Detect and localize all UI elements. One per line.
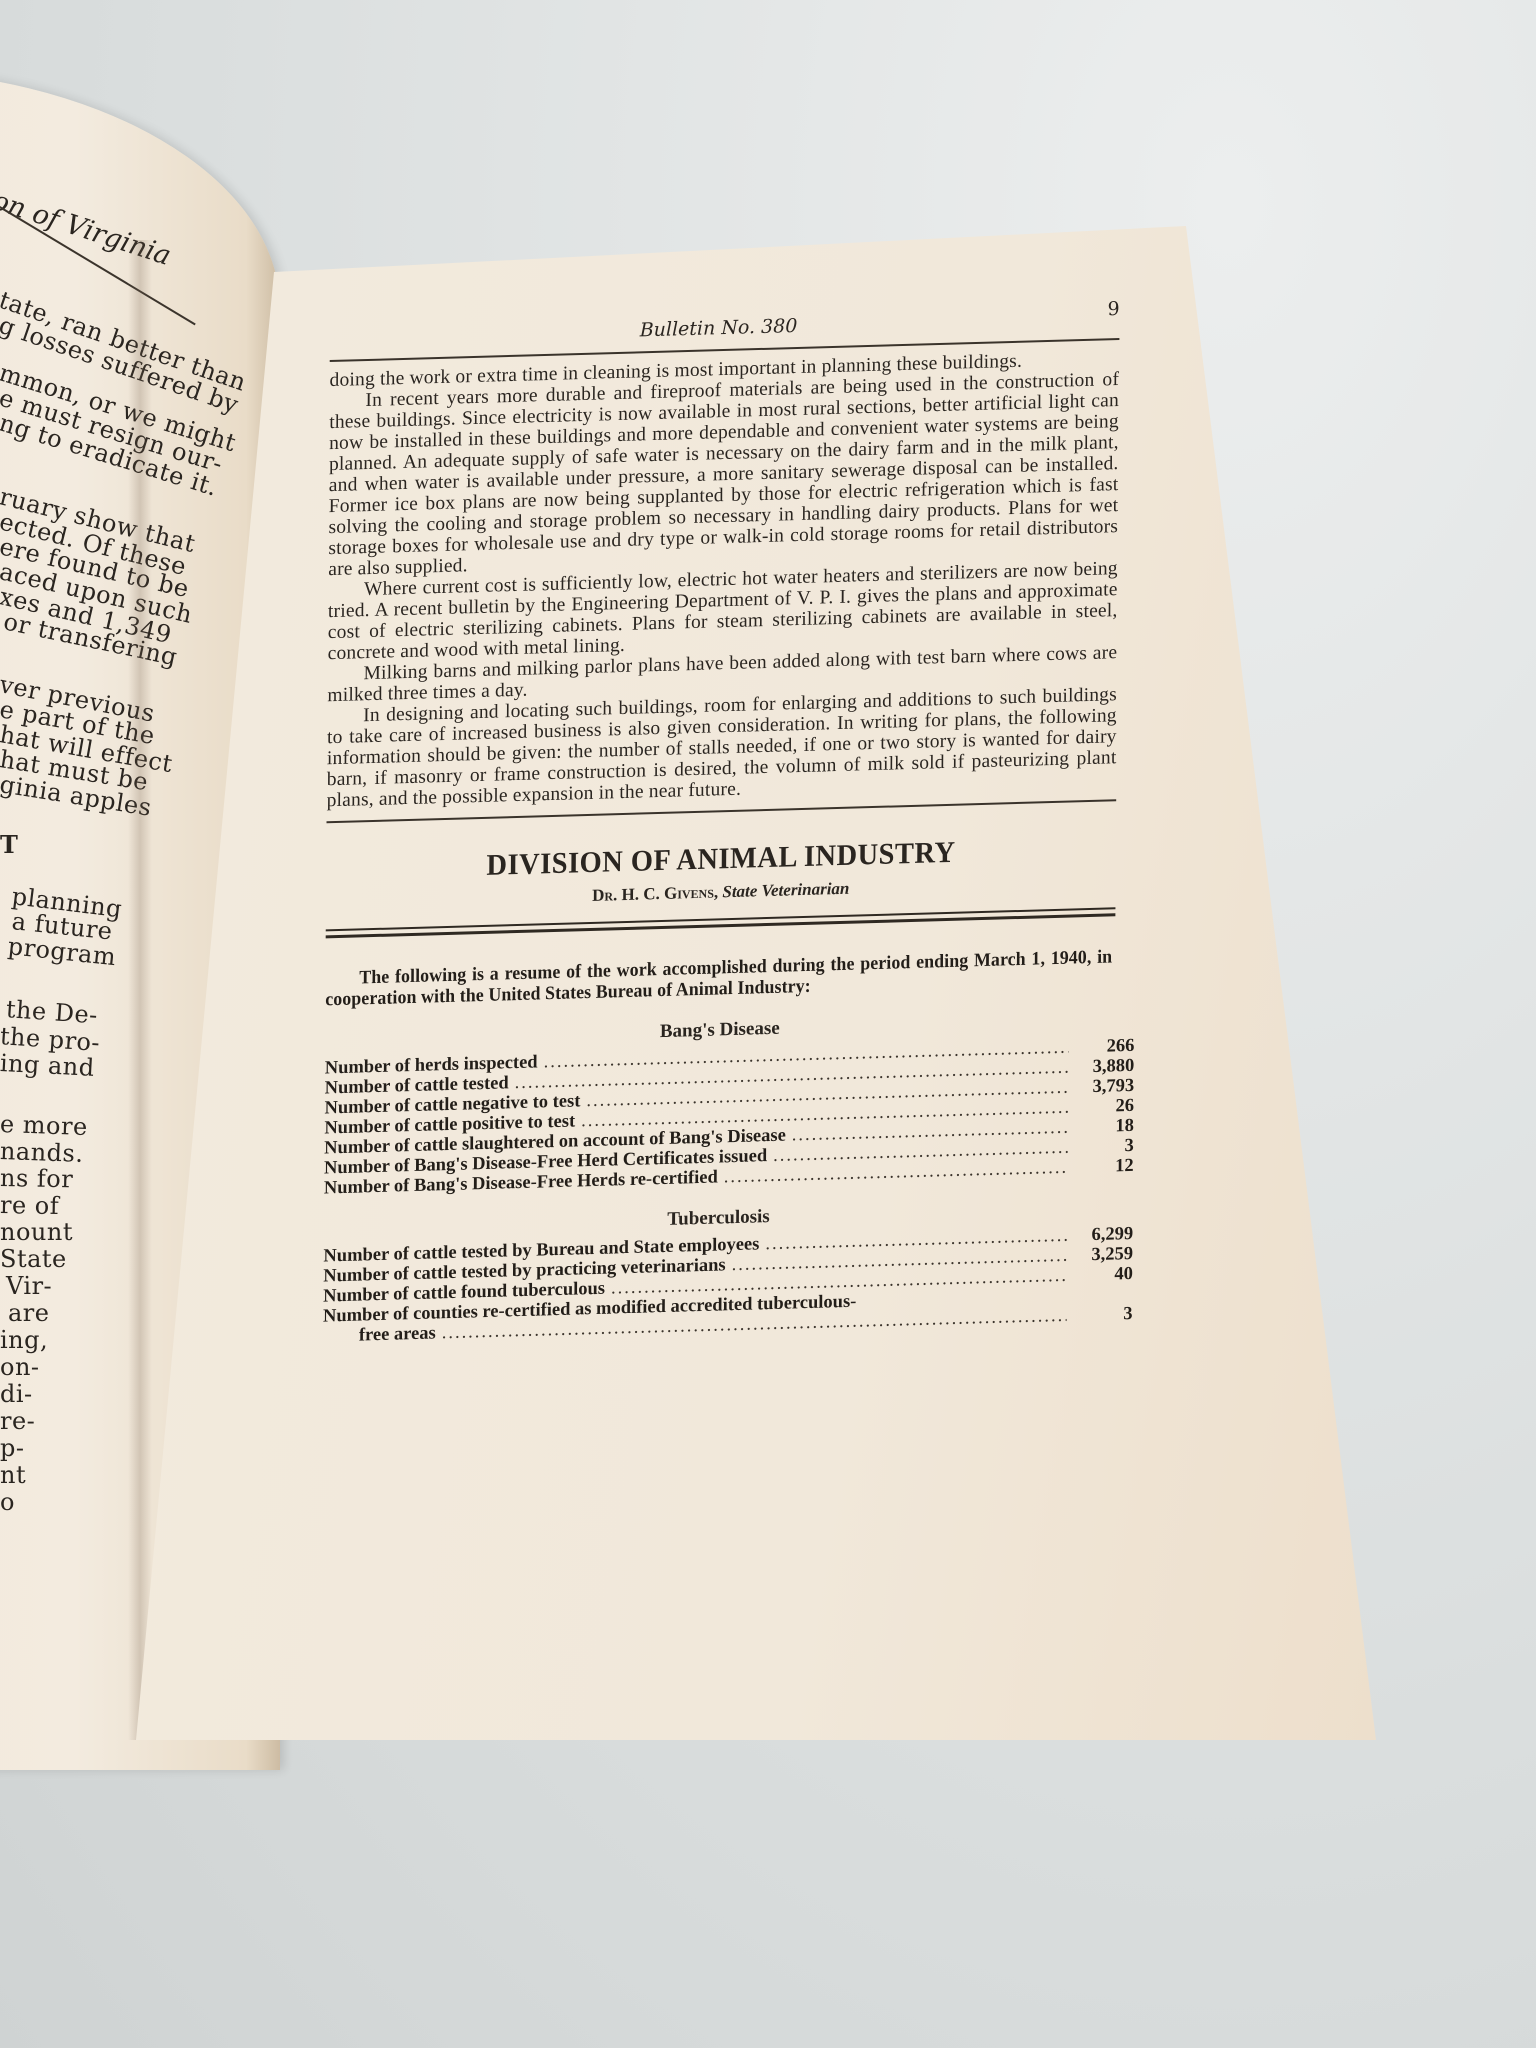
row-value: 40 [1073,1264,1133,1286]
right-page-content: Bulletin No. 380 9 doing the work or ext… [323,298,1120,1347]
row-value: 3,880 [1074,1056,1134,1078]
row-value: 3 [1073,1304,1133,1326]
left-line: are [8,1299,49,1327]
running-title: Bulletin No. 380 [640,315,798,341]
bangs-disease-table: Number of herds inspected266 Number of c… [324,1036,1135,1199]
left-line: nt [0,1461,26,1489]
row-value: 26 [1074,1096,1134,1118]
row-value: 12 [1074,1156,1134,1178]
author-prefix: Dr. [592,885,617,905]
left-line: ing and [0,1049,95,1082]
left-line: nount [0,1218,73,1246]
left-line: ns for [0,1164,73,1193]
row-value: 18 [1074,1116,1134,1138]
row-value: 6,299 [1073,1224,1133,1246]
left-line: ing, [0,1326,48,1354]
left-line: T [0,830,18,859]
left-line: di- [0,1380,33,1408]
row-value: 3 [1074,1136,1134,1158]
page-number: 9 [1107,298,1119,320]
author-name: H. C. Givens, [621,882,718,904]
row-label-continued: free areas [359,1323,436,1345]
row-value: 3,259 [1073,1244,1133,1266]
left-line: re- [0,1407,35,1435]
row-value: 3,793 [1074,1076,1134,1098]
body-text: doing the work or extra time in cleaning… [327,348,1120,811]
left-line: State [0,1245,67,1273]
left-line: e more [0,1110,88,1141]
paragraph: In recent years more durable and firepro… [328,369,1119,580]
division-header: DIVISION OF ANIMAL INDUSTRY Dr. H. C. Gi… [326,831,1116,913]
left-line: p- [0,1434,24,1462]
double-rule [326,907,1116,938]
row-value: 266 [1074,1036,1134,1058]
intro-paragraph: The following is a resume of the work ac… [325,946,1112,1010]
left-line: o [0,1488,15,1516]
left-line: re of [0,1191,59,1220]
left-line: on- [0,1353,40,1381]
gutter-shadow [128,240,152,1740]
paragraph: In designing and locating such buildings… [327,684,1117,811]
left-line: Vir- [6,1272,52,1300]
intro-text: The following is a resume of the work ac… [325,946,1112,1010]
author-title: State Veterinarian [722,879,849,902]
